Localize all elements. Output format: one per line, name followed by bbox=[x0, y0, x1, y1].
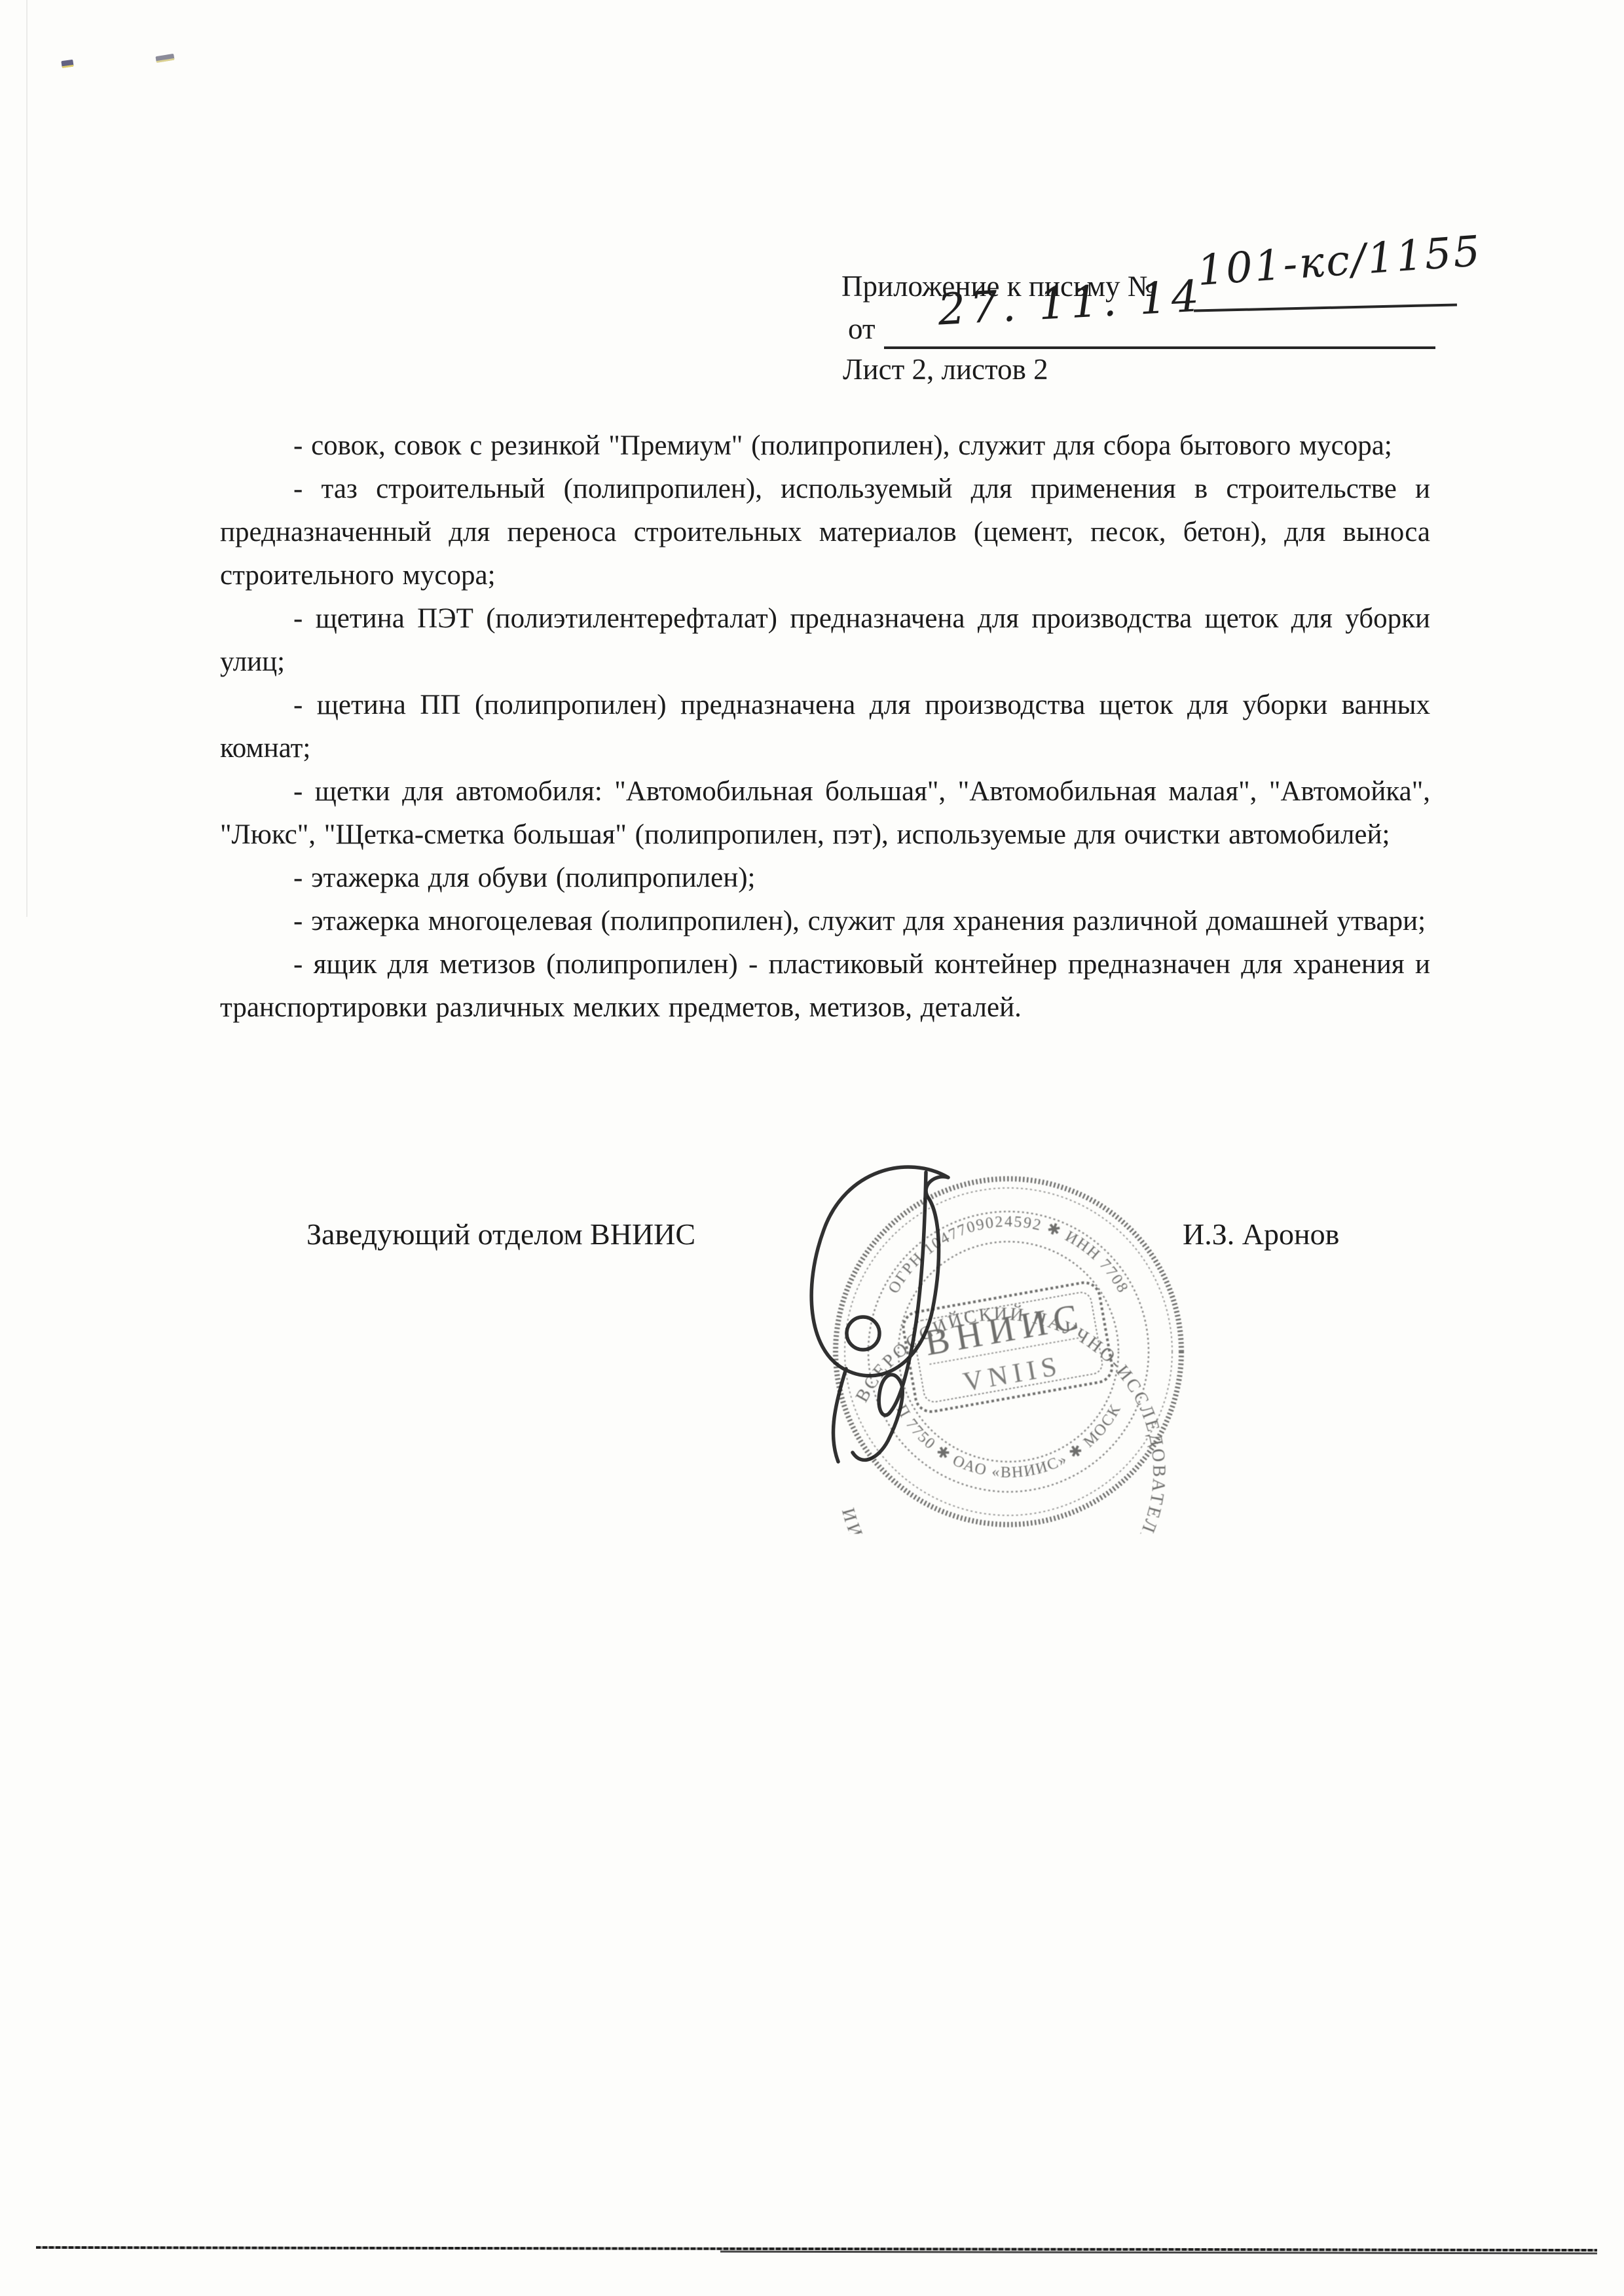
list-item: - щетина ПП (полипропилен) предназначена… bbox=[220, 684, 1430, 770]
signature-stroke bbox=[833, 1369, 846, 1462]
list-item: - щетина ПЭТ (полиэтилентерефталат) пред… bbox=[220, 597, 1430, 684]
sheet-info: Лист 2, листов 2 bbox=[843, 352, 1048, 386]
signature-stroke bbox=[847, 1317, 879, 1350]
list-item: - таз строительный (полипропилен), испол… bbox=[220, 468, 1430, 597]
scanned-document-page: Приложение к письму № 101-кс/1155 от 27.… bbox=[0, 0, 1624, 2296]
list-item: - ящик для метизов (полипропилен) - плас… bbox=[220, 943, 1430, 1029]
scan-artifact bbox=[61, 60, 73, 68]
scan-artifact bbox=[155, 54, 174, 63]
handwritten-signature bbox=[783, 1153, 1006, 1487]
signature-stroke bbox=[811, 1167, 948, 1376]
list-item: - этажерка для обуви (полипропилен); bbox=[220, 857, 1430, 900]
list-item: - этажерка многоцелевая (полипропилен), … bbox=[220, 900, 1430, 943]
document-body: - совок, совок с резинкой "Премиум" (пол… bbox=[220, 424, 1430, 1029]
underline bbox=[1194, 303, 1457, 312]
from-label: от bbox=[848, 312, 876, 346]
scan-edge-line bbox=[26, 0, 28, 917]
signer-position-label: Заведующий отделом ВНИИС bbox=[306, 1217, 695, 1251]
signer-name: И.З. Аронов bbox=[1183, 1217, 1339, 1251]
attachment-number-handwritten: 101-кс/1155 bbox=[1196, 227, 1483, 295]
list-item: - щетки для автомобиля: "Автомобильная б… bbox=[220, 770, 1430, 857]
underline bbox=[884, 346, 1435, 349]
list-item: - совок, совок с резинкой "Премиум" (пол… bbox=[220, 424, 1430, 468]
